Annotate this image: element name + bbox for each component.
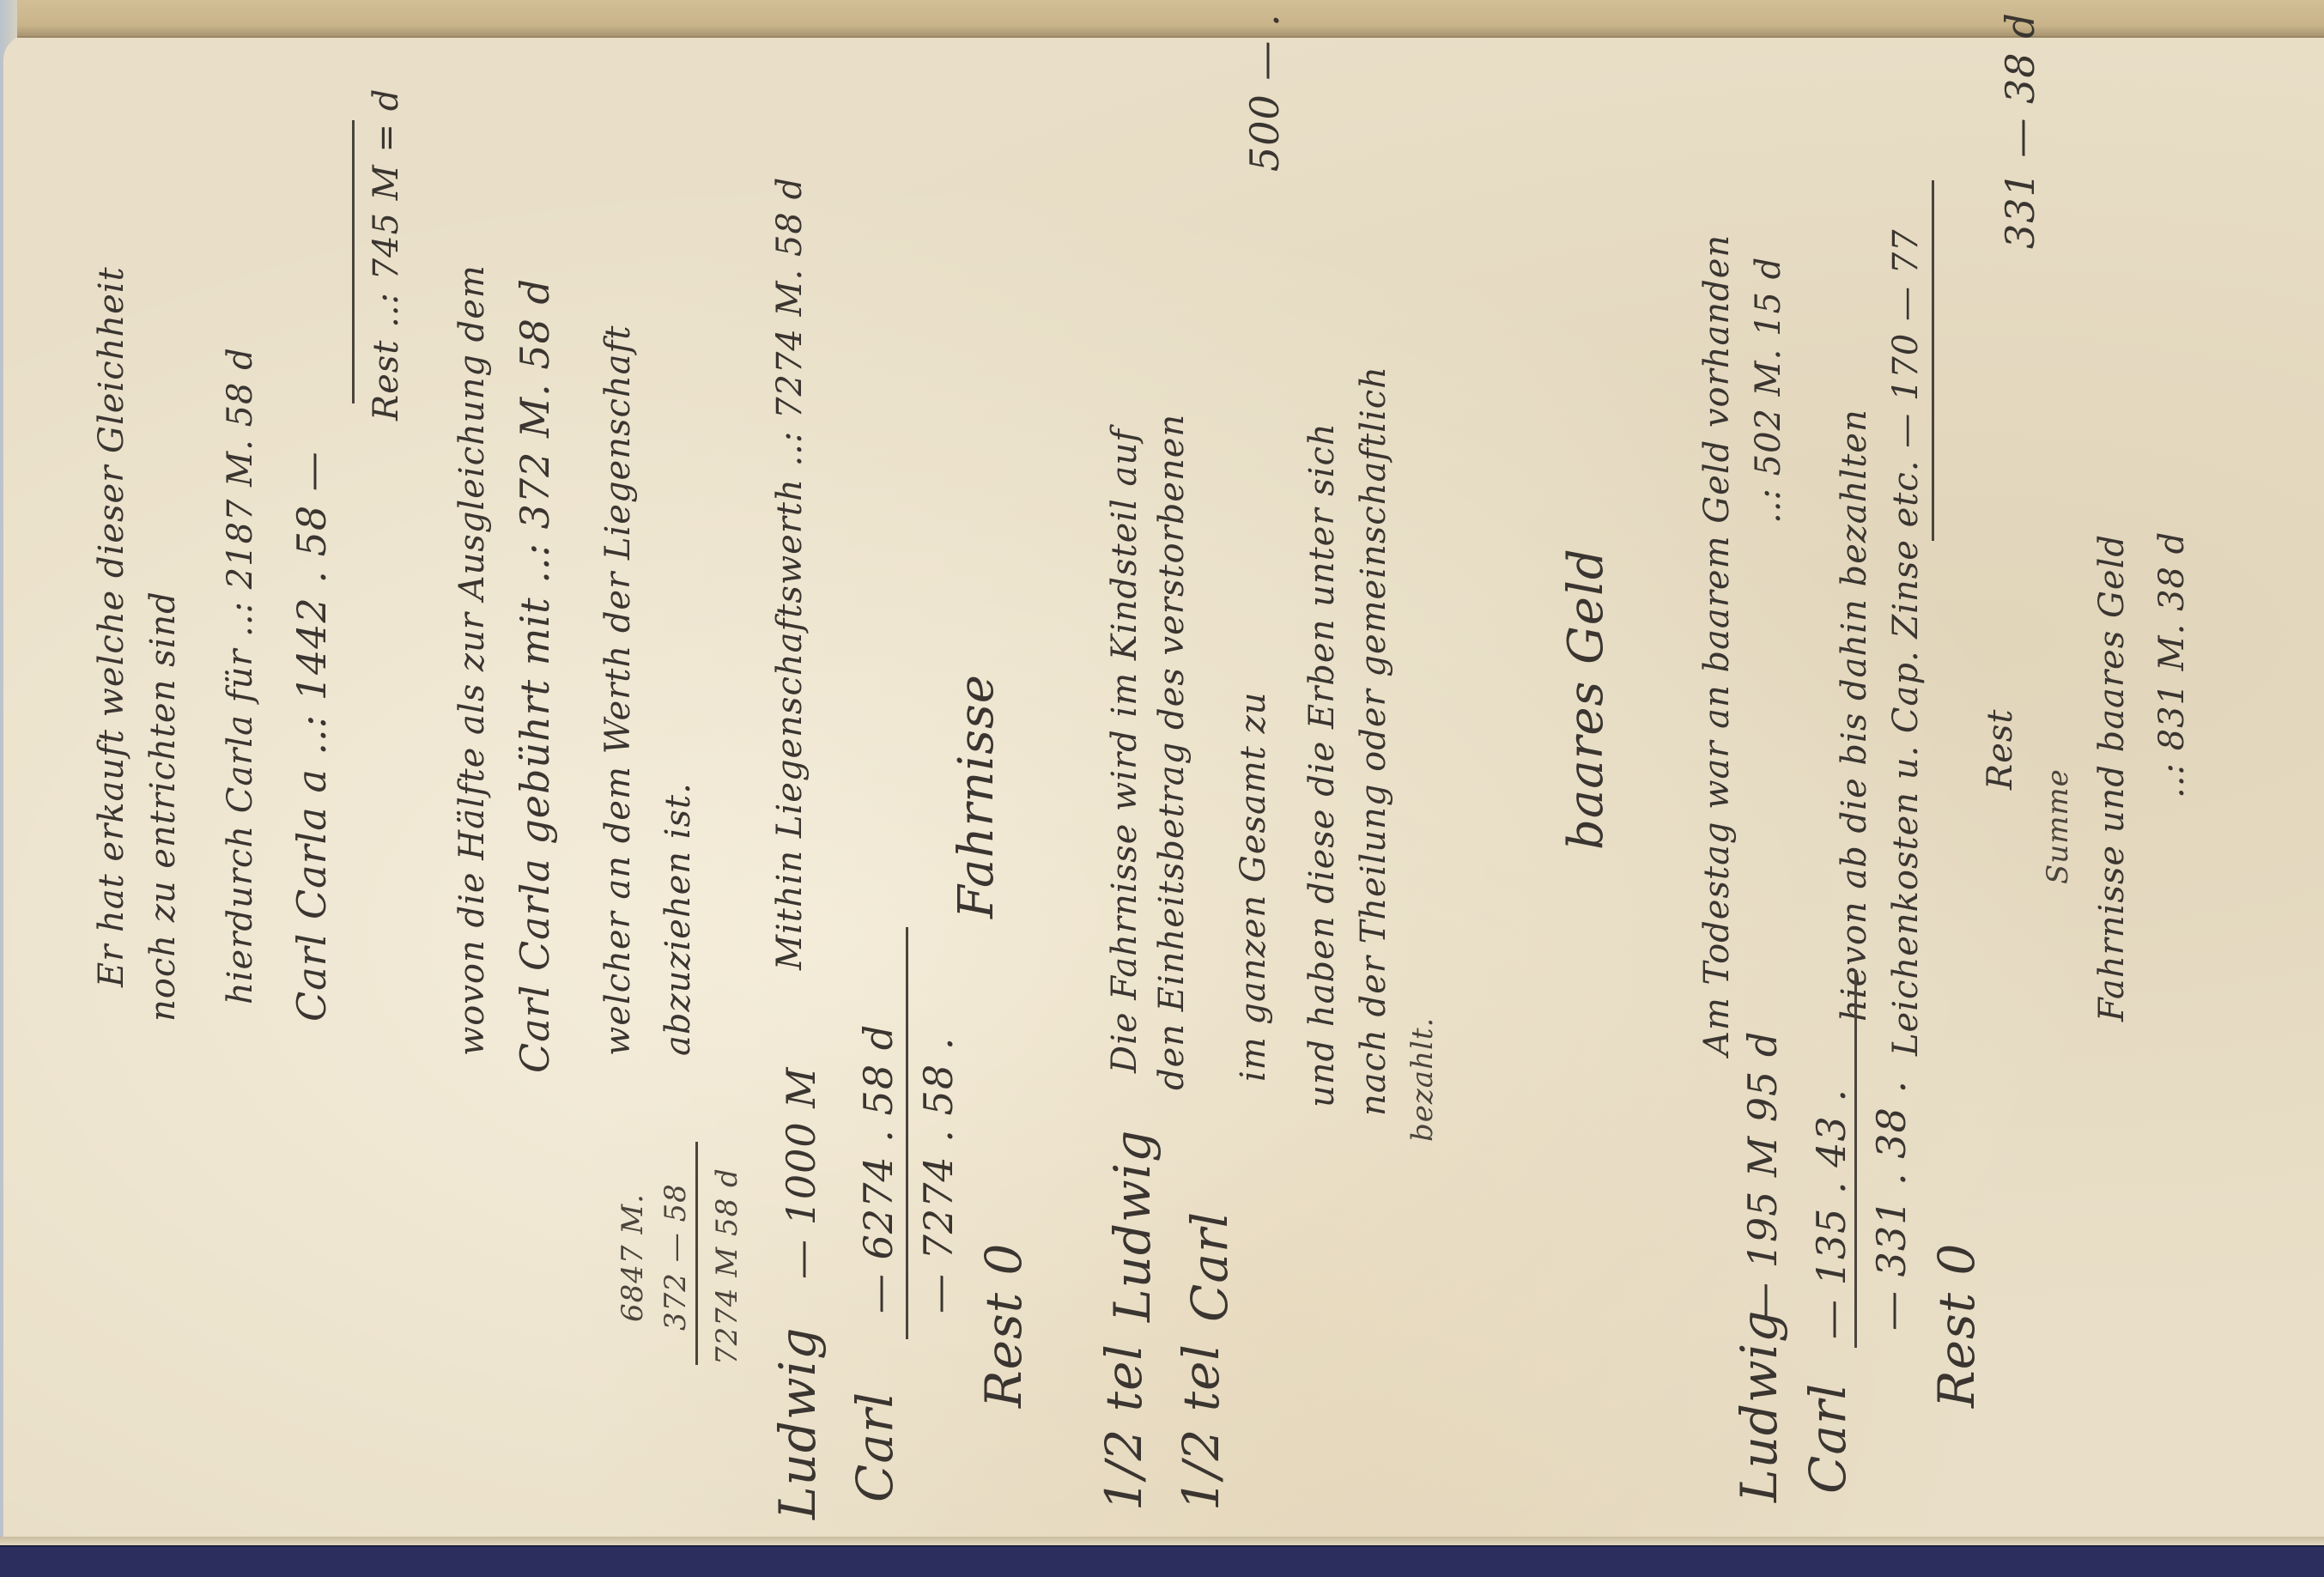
page-edge xyxy=(0,1537,2324,1545)
document-photo: Er hat erkauft welche dieser Gleichheit … xyxy=(0,0,2324,1577)
calc4-total: — 331 . 38 . xyxy=(1872,1080,1911,1331)
section3-line: ..: 502 M. 15 d xyxy=(1751,257,1786,524)
section2-line: und haben diese die Erben unter sich xyxy=(1305,422,1339,1107)
calc2-total: — 7274 . 58 . xyxy=(919,1037,958,1313)
section1-line: Er hat erkauft welche dieser Gleichheit xyxy=(94,266,129,987)
calc4-name: Ludwig xyxy=(1734,1310,1784,1502)
section1-line: Carl Carla a ..: 1442 . 58 — xyxy=(292,451,331,1022)
calc4-value: — 195 M 95 d xyxy=(1743,1031,1782,1322)
calc1-line: 7274 M 58 d xyxy=(713,1168,742,1365)
section3-rule xyxy=(1932,180,1934,541)
section1-line: Rest ..: 745 M = d xyxy=(369,88,404,421)
calc3-fraction: 1/2 tel xyxy=(1176,1343,1226,1511)
calc4-rest: Rest 0 xyxy=(1932,1243,1981,1408)
page-fold xyxy=(17,0,2324,38)
section1-line: wovon die Hälfte als zur Ausgleichung de… xyxy=(455,264,489,1056)
section2-heading: Fahrnisse xyxy=(953,674,1001,919)
calc3-fraction: 1/2 tel xyxy=(1099,1343,1149,1511)
calc2-value: — 1000 M xyxy=(781,1067,821,1279)
calc3-name: Carl xyxy=(1185,1211,1235,1322)
calc4-value: — 135 . 43 . xyxy=(1811,1089,1851,1339)
calc2-rest: Rest 0 xyxy=(979,1243,1029,1408)
section2-line: im ganzen Gesamt zu xyxy=(1236,692,1271,1082)
section3-line: Leichenkosten u. Cap. Zinse etc. — 170 —… xyxy=(1889,228,1923,1056)
section1-line: welcher an dem Werth der Liegenschaft xyxy=(601,325,635,1056)
section2-line: nach der Theilung oder gemeinschaftlich xyxy=(1356,366,1391,1116)
section3-amount: 331 — 38 d xyxy=(2000,12,2040,249)
calc3-name: Ludwig xyxy=(1107,1130,1157,1322)
section3-line: Fahrnisse und baares Geld xyxy=(2095,534,2129,1022)
section2-line: bezahlt. xyxy=(1408,1017,1437,1142)
section3-line: ..: 831 M. 38 d xyxy=(2155,531,2189,798)
calc2-rule xyxy=(906,927,908,1339)
calc1-line: 372 — 58 xyxy=(661,1183,690,1331)
section2-amount: 500 — . xyxy=(1245,13,1284,172)
calc2-name: Ludwig xyxy=(773,1327,822,1519)
section1-line: hierdurch Carla für ..: 2187 M. 58 d xyxy=(223,347,258,1004)
calc4-name: Carl xyxy=(1803,1383,1853,1494)
calc1-line: 6847 M. xyxy=(618,1193,647,1322)
book-cover xyxy=(0,1545,2324,1577)
calc2-value: — 6274 . 58 d xyxy=(859,1024,898,1313)
handwriting-layer: Er hat erkauft welche dieser Gleichheit … xyxy=(0,34,2324,1537)
section2-line: Die Fahrnisse wird im Kindsteil auf xyxy=(1107,428,1142,1073)
calc4-rule xyxy=(1854,970,1857,1348)
section1-line: Carl Carla gebührt mit ..: 372 M. 58 d xyxy=(515,278,555,1073)
section3-heading: baares Geld xyxy=(1562,548,1611,850)
sum-rule xyxy=(352,120,355,403)
calc1-rule xyxy=(695,1142,698,1365)
section1-line: abzuziehen ist. xyxy=(661,782,695,1056)
section1-line: Mithin Liegenschaftswerth ..: 7274 M. 58… xyxy=(773,177,807,970)
calc2-name: Carl xyxy=(850,1392,900,1502)
section1-line: noch zu entrichten sind xyxy=(146,591,180,1022)
section3-line: Am Todestag war an baarem Geld vorhanden xyxy=(1700,234,1734,1056)
section2-line: den Einheitsbetrag des verstorbenen xyxy=(1155,414,1189,1090)
section3-line: Rest xyxy=(1983,709,2018,790)
section3-line: hievon ab die bis dahin bezahlten xyxy=(1837,409,1872,1022)
section3-line: Summe xyxy=(2043,768,2072,884)
